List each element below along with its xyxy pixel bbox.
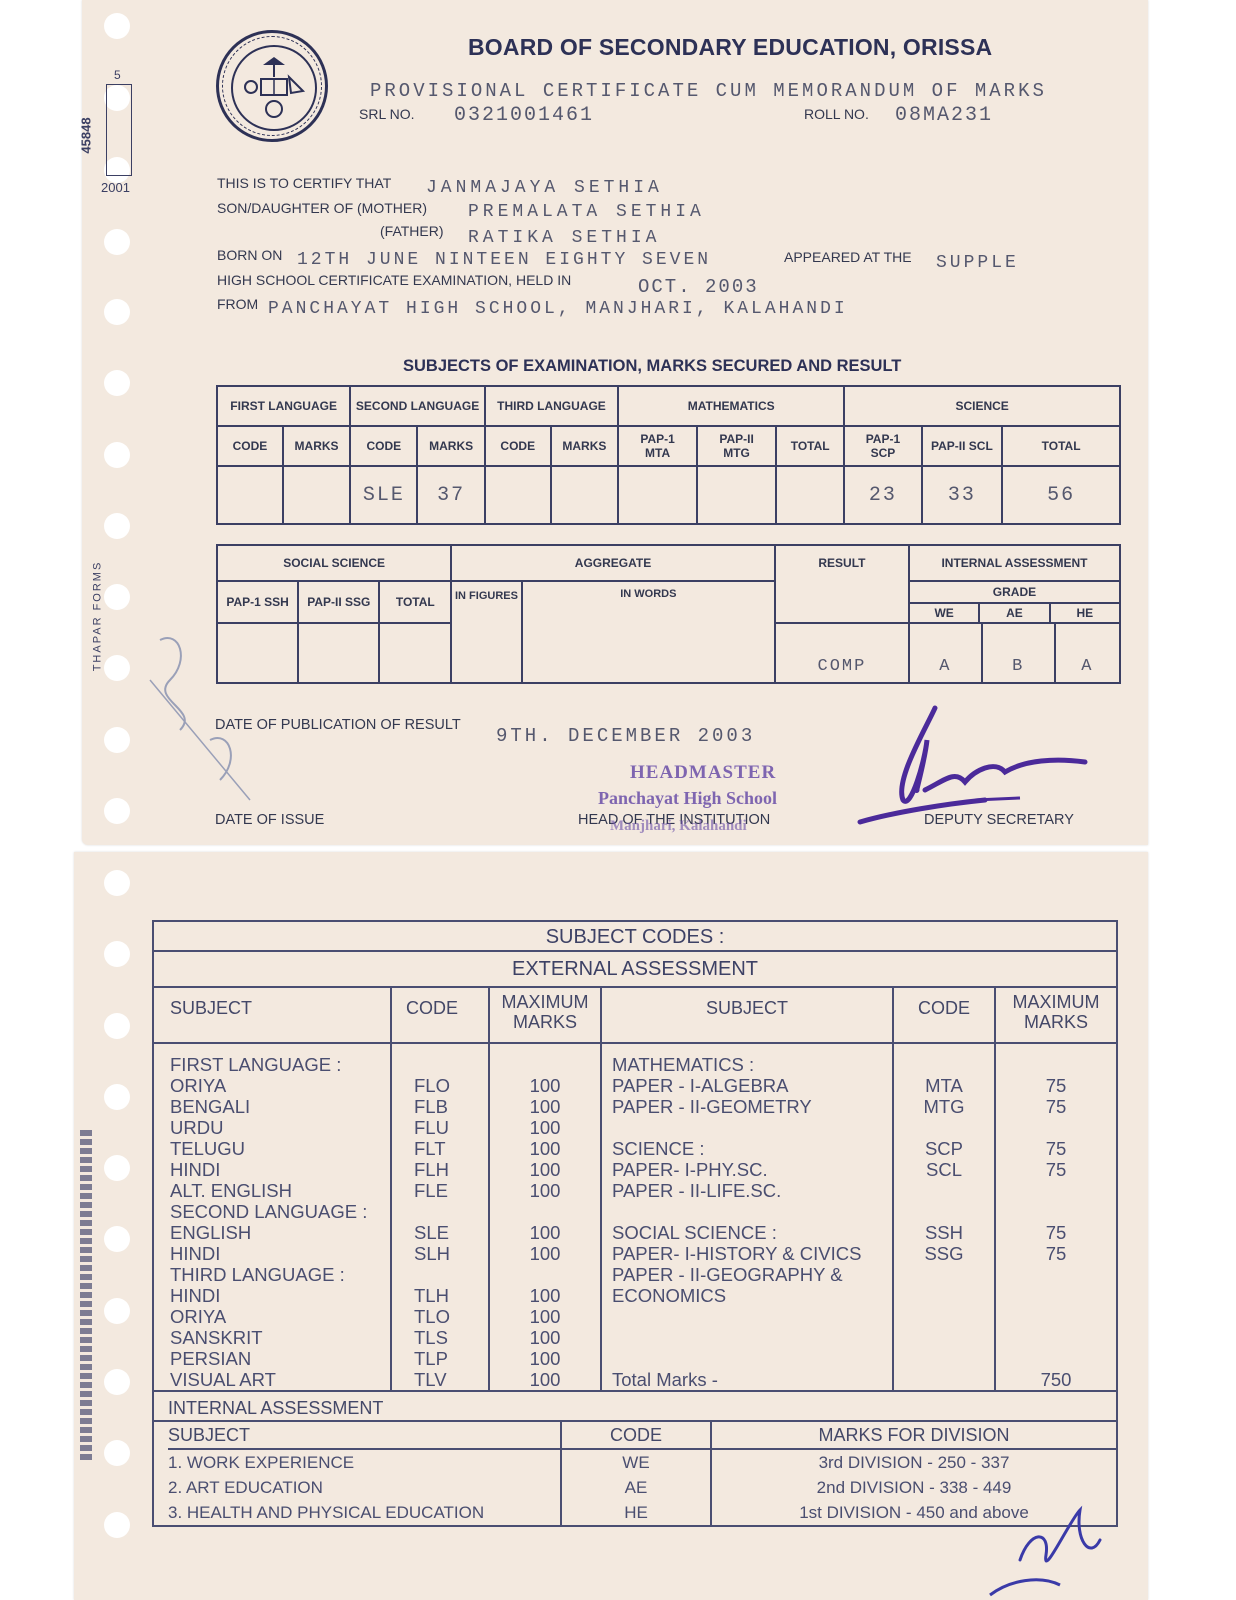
punch-hole	[104, 941, 130, 967]
left-code: FLU	[414, 1117, 488, 1138]
born-label: BORN ON	[217, 247, 282, 263]
subject-codes-title: SUBJECT CODES :	[154, 922, 1116, 952]
right-max	[996, 1201, 1116, 1222]
punch-hole	[104, 798, 130, 824]
right-code	[894, 1348, 994, 1369]
punch-hole	[104, 13, 130, 39]
ia-code: WE	[562, 1450, 710, 1475]
result-value: COMP	[775, 623, 909, 683]
col-in-words: IN WORDS	[522, 581, 775, 683]
right-subject: PAPER - II-LIFE.SC.	[612, 1180, 892, 1201]
right-max: 75	[996, 1243, 1116, 1264]
right-max: 75	[996, 1222, 1116, 1243]
col-mta: PAP-1 MTA	[618, 426, 697, 466]
left-max: 100	[490, 1180, 600, 1201]
printer-name: THAPAR FORMS	[91, 561, 103, 672]
left-max: 100	[490, 1222, 600, 1243]
group-first-language: FIRST LANGUAGE	[217, 386, 350, 426]
left-subject: FIRST LANGUAGE :	[170, 1054, 390, 1075]
right-code: SCP	[894, 1138, 994, 1159]
left-subject: SANSKRIT	[170, 1327, 390, 1348]
left-subject: HINDI	[170, 1243, 390, 1264]
punch-hole	[104, 870, 130, 896]
punch-hole	[104, 442, 130, 468]
right-code	[894, 1180, 994, 1201]
sl-code-value: SLE	[350, 466, 417, 524]
side-form-number: 45848	[79, 117, 94, 153]
exam-type: SUPPLE	[936, 253, 1019, 273]
punch-hole	[104, 1084, 130, 1110]
punch-hole	[104, 229, 130, 255]
right-max	[996, 1285, 1116, 1306]
right-max	[996, 1327, 1116, 1348]
certificate-subtitle: PROVISIONAL CERTIFICATE CUM MEMORANDUM O…	[370, 80, 1047, 102]
mta-value	[618, 466, 697, 524]
col-ss-total: TOTAL	[379, 581, 451, 623]
group-mathematics: MATHEMATICS	[618, 386, 844, 426]
stamp-headmaster: HEADMASTER	[630, 762, 776, 784]
pencil-annotation	[140, 620, 260, 810]
right-max	[996, 1117, 1116, 1138]
left-max	[490, 1201, 600, 1222]
tl-marks-value	[551, 466, 618, 524]
group-science: SCIENCE	[844, 386, 1120, 426]
col-sl-code: CODE	[350, 426, 417, 466]
subject-codes-table: SUBJECT CODES : EXTERNAL ASSESSMENT SUBJ…	[152, 920, 1118, 1527]
left-code: FLT	[414, 1138, 488, 1159]
ae-grade-value: B	[982, 623, 1055, 683]
left-subject: HINDI	[170, 1159, 390, 1180]
punch-hole	[104, 1013, 130, 1039]
left-max: 100	[490, 1117, 600, 1138]
ia-subject-header: SUBJECT	[168, 1422, 560, 1450]
sl-marks-value: 37	[417, 466, 484, 524]
ss-total-value	[379, 623, 451, 683]
left-subject-column: SUBJECT FIRST LANGUAGE : ORIYA BENGALI U…	[154, 988, 392, 1390]
stamp-school: Panchayat High School	[598, 788, 777, 809]
left-code: TLV	[414, 1369, 488, 1390]
left-code: FLE	[414, 1180, 488, 1201]
side-year: 2001	[101, 180, 130, 195]
left-code	[414, 1264, 488, 1285]
punch-hole	[104, 299, 130, 325]
left-code: TLH	[414, 1285, 488, 1306]
left-code: SLH	[414, 1243, 488, 1264]
ia-code-column: CODE WE AE HE	[562, 1422, 712, 1525]
right-max: 75	[996, 1075, 1116, 1096]
right-subject: ECONOMICS	[612, 1285, 892, 1306]
math-total-value	[776, 466, 844, 524]
col-ssh: PAP-1 SSH	[217, 581, 298, 623]
right-code	[894, 1285, 994, 1306]
ia-subject: 3. HEALTH AND PHYSICAL EDUCATION	[168, 1500, 560, 1525]
right-subject: PAPER- I-HISTORY & CIVICS	[612, 1243, 892, 1264]
mother-name: PREMALATA SETHIA	[468, 202, 705, 222]
left-max-header: MAXIMUM MARKS	[490, 988, 600, 1044]
internal-assessment-table: SUBJECT 1. WORK EXPERIENCE 2. ART EDUCAT…	[154, 1422, 1116, 1525]
left-subject: THIRD LANGUAGE :	[170, 1264, 390, 1285]
col-sci-total: TOTAL	[1002, 426, 1120, 466]
left-subject: ENGLISH	[170, 1222, 390, 1243]
right-subject: SCIENCE :	[612, 1138, 892, 1159]
right-max: 75	[996, 1138, 1116, 1159]
punch-hole	[104, 1440, 130, 1466]
punch-hole	[104, 1512, 130, 1538]
left-code: SLE	[414, 1222, 488, 1243]
left-max: 100	[490, 1159, 600, 1180]
father-label: (FATHER)	[380, 223, 444, 239]
right-code: SCL	[894, 1159, 994, 1180]
fl-code-value	[217, 466, 283, 524]
left-max: 100	[490, 1096, 600, 1117]
ia-subject: 2. ART EDUCATION	[168, 1475, 560, 1500]
punch-hole	[104, 655, 130, 681]
left-subject: ALT. ENGLISH	[170, 1180, 390, 1201]
bottom-signature	[980, 1500, 1120, 1600]
ia-division: 2nd DIVISION - 338 - 449	[712, 1475, 1116, 1500]
ia-code-header: CODE	[562, 1422, 710, 1450]
ia-subject: 1. WORK EXPERIENCE	[168, 1450, 560, 1475]
group-third-language: THIRD LANGUAGE	[485, 386, 618, 426]
from-label: FROM	[217, 296, 258, 312]
left-max: 100	[490, 1243, 600, 1264]
col-scp: PAP-1 SCP	[844, 426, 921, 466]
right-subject: Total Marks -	[612, 1369, 892, 1390]
mtg-value	[697, 466, 776, 524]
left-max: 100	[490, 1369, 600, 1390]
appeared-label: APPEARED AT THE	[784, 249, 912, 265]
punch-hole	[104, 584, 130, 610]
left-subject: SECOND LANGUAGE :	[170, 1201, 390, 1222]
right-code-column: CODE MTA MTG SCP SCL SSH SSG	[894, 988, 996, 1390]
left-code: TLS	[414, 1327, 488, 1348]
punch-hole	[104, 370, 130, 396]
group-internal-assessment: INTERNAL ASSESSMENT	[909, 545, 1120, 581]
ia-division-header: MARKS FOR DIVISION	[712, 1422, 1116, 1450]
left-max: 100	[490, 1348, 600, 1369]
we-grade-value: A	[909, 623, 982, 683]
right-code	[894, 1201, 994, 1222]
right-subject	[612, 1117, 892, 1138]
exam-label: HIGH SCHOOL CERTIFICATE EXAMINATION, HEL…	[217, 272, 571, 288]
roll-number: 08MA231	[895, 104, 993, 127]
group-result: RESULT	[775, 545, 909, 623]
ia-subject-column: SUBJECT 1. WORK EXPERIENCE 2. ART EDUCAT…	[154, 1422, 562, 1525]
roll-label: ROLL NO.	[804, 106, 869, 122]
scp-value: 23	[844, 466, 921, 524]
right-max-header: MAXIMUM MARKS	[996, 988, 1116, 1044]
right-max	[996, 1264, 1116, 1285]
col-sl-marks: MARKS	[417, 426, 484, 466]
right-code	[894, 1369, 994, 1390]
publication-date: 9TH. DECEMBER 2003	[496, 725, 755, 747]
left-max: 100	[490, 1327, 600, 1348]
col-tl-marks: MARKS	[551, 426, 618, 466]
left-subject: VISUAL ART	[170, 1369, 390, 1390]
left-code	[414, 1201, 488, 1222]
right-max	[996, 1054, 1116, 1075]
right-code	[894, 1306, 994, 1327]
right-max: 750	[996, 1369, 1116, 1390]
marks-section-title: SUBJECTS OF EXAMINATION, MARKS SECURED A…	[403, 357, 901, 376]
ia-division: 3rd DIVISION - 250 - 337	[712, 1450, 1116, 1475]
left-subject: ORIYA	[170, 1075, 390, 1096]
right-code-header: CODE	[894, 988, 994, 1044]
left-subject: ORIYA	[170, 1306, 390, 1327]
right-code	[894, 1054, 994, 1075]
right-max: 75	[996, 1096, 1116, 1117]
right-code: SSG	[894, 1243, 994, 1264]
issue-label: DATE OF ISSUE	[215, 812, 324, 828]
left-subject-header: SUBJECT	[154, 988, 390, 1044]
right-max: 75	[996, 1159, 1116, 1180]
right-max	[996, 1306, 1116, 1327]
right-subject	[612, 1306, 892, 1327]
right-code	[894, 1327, 994, 1348]
col-scl: PAP-II SCL	[922, 426, 1003, 466]
srl-label: SRL NO.	[359, 106, 415, 122]
col-ssg: PAP-II SSG	[298, 581, 379, 623]
tl-code-value	[485, 466, 551, 524]
school-name: PANCHAYAT HIGH SCHOOL, MANJHARI, KALAHAN…	[268, 299, 848, 319]
fl-marks-value	[283, 466, 350, 524]
sci-total-value: 56	[1002, 466, 1120, 524]
ia-code: AE	[562, 1475, 710, 1500]
right-max	[996, 1180, 1116, 1201]
internal-assessment-title: INTERNAL ASSESSMENT	[154, 1392, 1116, 1422]
col-mtg: PAP-II MTG	[697, 426, 776, 466]
col-tl-code: CODE	[485, 426, 551, 466]
col-ae: AE	[980, 604, 1050, 622]
right-code	[894, 1117, 994, 1138]
left-max-column: MAXIMUM MARKS 100 100 100 100 100 100 10…	[490, 988, 602, 1390]
left-code: FLH	[414, 1159, 488, 1180]
external-assessment-title: EXTERNAL ASSESSMENT	[154, 952, 1116, 988]
right-subject: PAPER - I-ALGEBRA	[612, 1075, 892, 1096]
punch-hole	[104, 727, 130, 753]
marks-table-top: FIRST LANGUAGE SECOND LANGUAGE THIRD LAN…	[216, 385, 1121, 525]
srl-number: 0321001461	[454, 104, 594, 127]
right-subject	[612, 1327, 892, 1348]
col-math-total: TOTAL	[776, 426, 844, 466]
left-max: 100	[490, 1075, 600, 1096]
left-subject: TELUGU	[170, 1138, 390, 1159]
col-fl-marks: MARKS	[283, 426, 350, 466]
left-max: 100	[490, 1285, 600, 1306]
punch-hole	[104, 1298, 130, 1324]
col-grade: GRADE WE AE HE	[909, 581, 1120, 623]
col-he: HE	[1051, 604, 1119, 622]
right-subject-header: SUBJECT	[602, 988, 892, 1044]
group-social-science: SOCIAL SCIENCE	[217, 545, 451, 581]
right-subject	[612, 1201, 892, 1222]
scl-value: 33	[922, 466, 1003, 524]
right-code: MTG	[894, 1096, 994, 1117]
right-subject-column: SUBJECT MATHEMATICS : PAPER - I-ALGEBRA …	[602, 988, 894, 1390]
left-code: TLP	[414, 1348, 488, 1369]
right-code: SSH	[894, 1222, 994, 1243]
col-fl-code: CODE	[217, 426, 283, 466]
left-code: TLO	[414, 1306, 488, 1327]
col-we: WE	[910, 604, 980, 622]
exam-held: OCT. 2003	[638, 276, 759, 298]
left-subject: HINDI	[170, 1285, 390, 1306]
left-max	[490, 1054, 600, 1075]
deputy-signature	[855, 700, 1095, 830]
left-subject: URDU	[170, 1117, 390, 1138]
board-title: BOARD OF SECONDARY EDUCATION, ORISSA	[468, 34, 992, 61]
printer-imprint-vertical	[80, 1130, 92, 1460]
mother-label: SON/DAUGHTER OF (MOTHER)	[217, 200, 427, 216]
right-subject: MATHEMATICS :	[612, 1054, 892, 1075]
right-subject	[612, 1348, 892, 1369]
book-lamp-icon	[233, 47, 315, 129]
group-aggregate: AGGREGATE	[451, 545, 775, 581]
left-max: 100	[490, 1306, 600, 1327]
right-subject: PAPER - II-GEOGRAPHY &	[612, 1264, 892, 1285]
left-max: 100	[490, 1138, 600, 1159]
left-code	[414, 1054, 488, 1075]
board-seal-logo	[216, 30, 328, 142]
date-of-birth: 12TH JUNE NINTEEN EIGHTY SEVEN	[297, 250, 711, 270]
right-subject: PAPER- I-PHY.SC.	[612, 1159, 892, 1180]
right-subject: SOCIAL SCIENCE :	[612, 1222, 892, 1243]
certify-label: THIS IS TO CERTIFY THAT	[217, 175, 391, 191]
left-code: FLO	[414, 1075, 488, 1096]
right-code	[894, 1264, 994, 1285]
candidate-name: JANMAJAYA SETHIA	[426, 178, 663, 198]
left-code-column: CODE FLO FLB FLU FLT FLH FLE SLE SLH TLH…	[392, 988, 490, 1390]
ia-code: HE	[562, 1500, 710, 1525]
side-top-number: 5	[114, 68, 121, 82]
left-code: FLB	[414, 1096, 488, 1117]
he-grade-value: A	[1055, 623, 1120, 683]
grade-label: GRADE	[910, 582, 1119, 604]
right-max	[996, 1348, 1116, 1369]
col-in-figures: IN FIGURES	[451, 581, 522, 683]
punch-hole	[104, 1155, 130, 1181]
side-box	[106, 84, 132, 176]
punch-hole	[104, 513, 130, 539]
group-second-language: SECOND LANGUAGE	[350, 386, 485, 426]
marks-table-bottom: SOCIAL SCIENCE AGGREGATE RESULT INTERNAL…	[216, 544, 1121, 684]
right-max-column: MAXIMUM MARKS 75 75 75 75 75 75 750	[996, 988, 1116, 1390]
left-code-header: CODE	[392, 988, 488, 1044]
punch-hole	[104, 1226, 130, 1252]
right-subject: PAPER - II-GEOMETRY	[612, 1096, 892, 1117]
right-code: MTA	[894, 1075, 994, 1096]
punch-hole	[104, 1369, 130, 1395]
left-subject: BENGALI	[170, 1096, 390, 1117]
left-max	[490, 1264, 600, 1285]
stamp-place: Manjhari, Kalahandi	[610, 818, 747, 835]
father-name: RATIKA SETHIA	[468, 228, 660, 248]
ssg-value	[298, 623, 379, 683]
left-subject: PERSIAN	[170, 1348, 390, 1369]
